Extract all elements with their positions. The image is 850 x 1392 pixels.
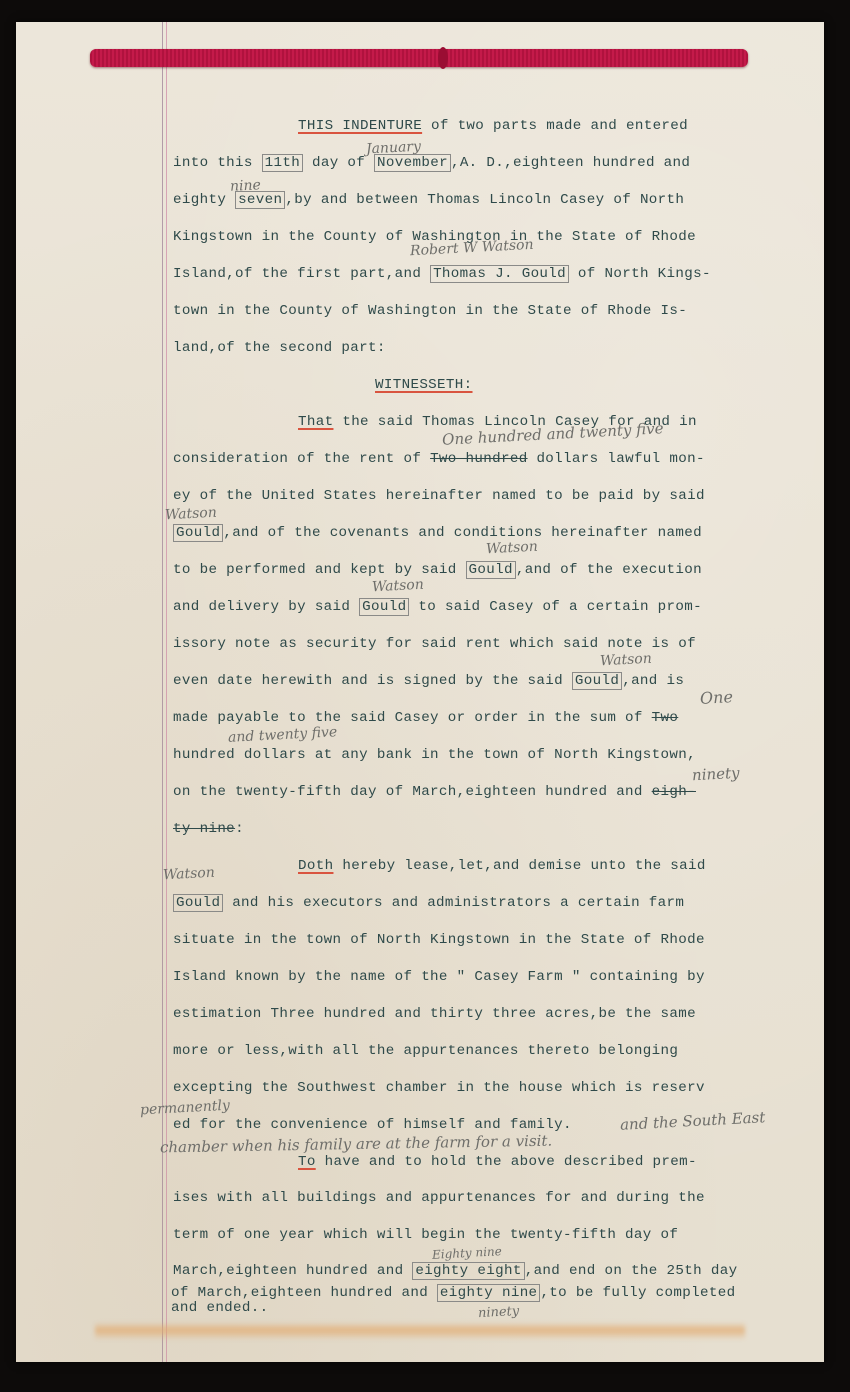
doc-line-31: term of one year which will begin the tw…	[173, 1227, 678, 1243]
doc-line-2: into this 11th day of November,A. D.,eig…	[173, 155, 690, 171]
handwritten-ninety-2: ninety	[478, 1304, 520, 1321]
margin-rule-red	[166, 22, 167, 1362]
doc-line-15: issory note as security for said rent wh…	[173, 636, 696, 652]
doc-line-33: of March,eighteen hundred and eighty nin…	[171, 1285, 735, 1301]
handwritten-watson-5: Watson	[163, 865, 216, 884]
doc-line-27: excepting the Southwest chamber in the h…	[173, 1080, 705, 1096]
doc-line-1: THIS INDENTURE of two parts made and ent…	[298, 118, 688, 134]
handwritten-ninety-1: ninety	[692, 764, 740, 784]
doc-line-6: town in the County of Washington in the …	[173, 303, 687, 319]
doc-line-5: Island,of the first part,and Thomas J. G…	[173, 266, 711, 282]
handwritten-watson-4: Watson	[600, 651, 653, 670]
doc-line-21: Doth hereby lease,let,and demise unto th…	[298, 858, 706, 874]
doc-line-23: situate in the town of North Kingstown i…	[173, 932, 705, 948]
doc-line-3: eighty seven,by and between Thomas Linco…	[173, 192, 684, 208]
doc-line-11: ey of the United States hereinafter name…	[173, 488, 705, 504]
handwritten-one: One	[700, 687, 734, 708]
red-ribbon-binding	[90, 49, 748, 67]
doc-line-26: more or less,with all the appurtenances …	[173, 1043, 678, 1059]
doc-line-24: Island known by the name of the " Casey …	[173, 969, 705, 985]
doc-line-30: ises with all buildings and appurtenance…	[173, 1190, 705, 1206]
doc-line-22: Gould and his executors and administrato…	[173, 895, 684, 911]
doc-line-16: even date herewith and is signed by the …	[173, 673, 684, 689]
doc-line-18: hundred dollars at any bank in the town …	[173, 747, 696, 763]
doc-line-10: consideration of the rent of Two hundred…	[173, 451, 705, 467]
doc-line-28: ed for the convenience of himself and fa…	[173, 1117, 572, 1133]
margin-rule	[162, 22, 163, 1362]
handwritten-watson-2: Watson	[486, 539, 539, 558]
handwritten-watson-3: Watson	[372, 577, 425, 596]
handwritten-january: January	[366, 139, 422, 158]
doc-line-32: March,eighteen hundred and eighty eight,…	[173, 1263, 737, 1279]
doc-line-12: Gould,and of the covenants and condition…	[173, 525, 702, 541]
doc-line-13: to be performed and kept by said Gould,a…	[173, 562, 702, 578]
doc-line-17: made payable to the said Casey or order …	[173, 710, 678, 726]
doc-line-34: and ended..	[171, 1300, 269, 1316]
doc-line-25: estimation Three hundred and thirty thre…	[173, 1006, 696, 1022]
doc-line-20: ty nine:	[173, 821, 244, 837]
doc-line-7: land,of the second part:	[173, 340, 386, 356]
doc-line-19: on the twenty-fifth day of March,eightee…	[173, 784, 696, 800]
doc-line-14: and delivery by said Gould to said Casey…	[173, 599, 702, 615]
handwritten-nine: nine	[230, 177, 262, 195]
doc-line-29: To have and to hold the above described …	[298, 1154, 697, 1170]
handwritten-watson-1: Watson	[165, 505, 218, 524]
tape-stain	[95, 1322, 745, 1340]
witnesseth-heading: WITNESSETH:	[375, 377, 473, 393]
